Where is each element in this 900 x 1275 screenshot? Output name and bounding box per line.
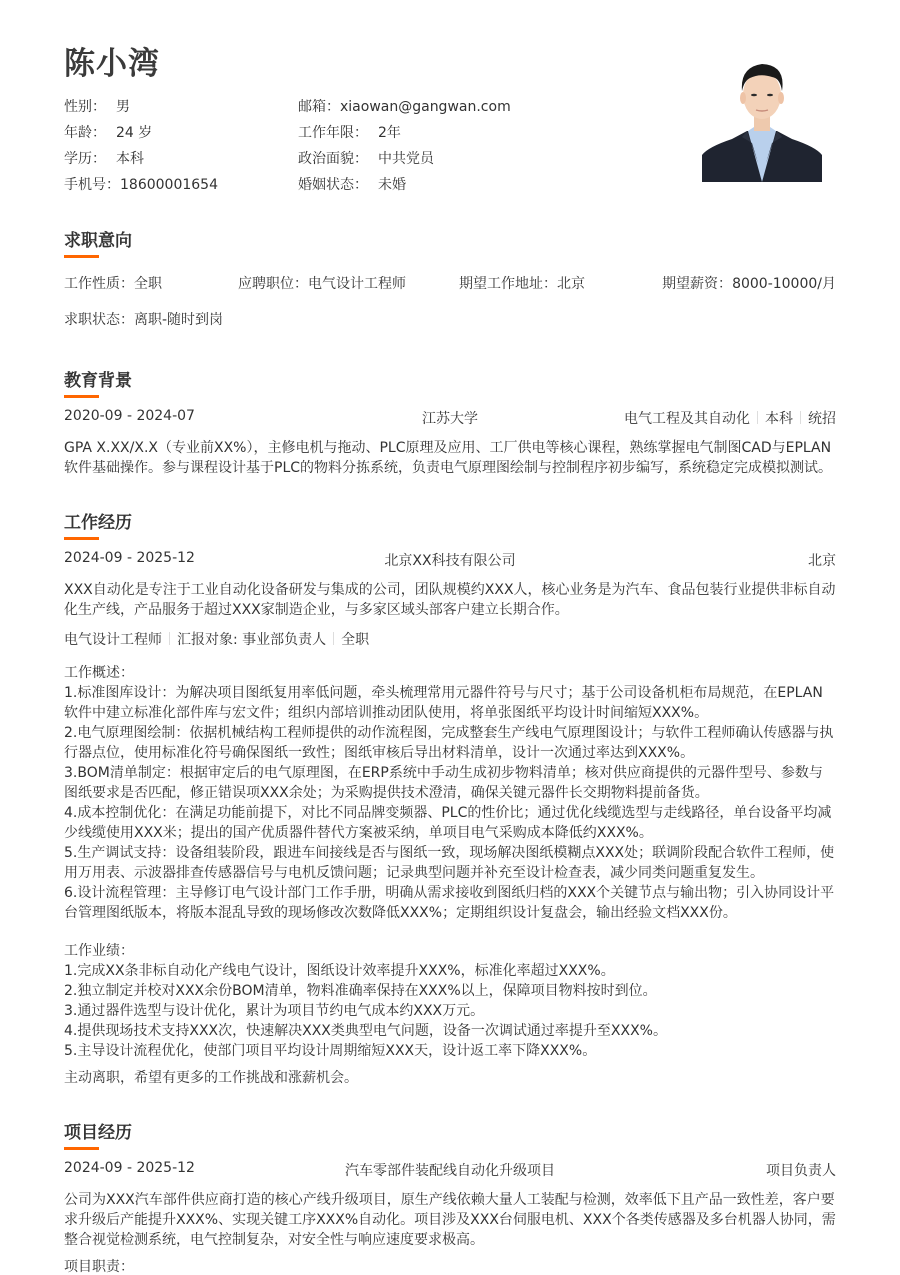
intent-label: 期望工作地址：	[459, 276, 557, 292]
section-underline	[64, 395, 99, 398]
achievement-item: 5.主导设计流程优化，使部门项目平均设计周期缩短XXX天，设计返工率下降XXX%…	[64, 1041, 836, 1061]
section-title-work: 工作经历	[64, 508, 132, 533]
info-value: 24 岁	[116, 125, 152, 141]
divider	[757, 411, 758, 424]
info-political: 政治面貌：中共党员	[298, 148, 434, 168]
intent-label: 应聘职位：	[238, 276, 308, 292]
project-role: 项目负责人	[766, 1160, 836, 1180]
info-age: 年龄：24 岁	[64, 122, 152, 142]
intent-salary: 期望薪资：8000-10000/月	[662, 273, 836, 293]
work-overview-label: 工作概述：	[64, 663, 836, 683]
overview-item: 5.生产调试支持：设备组装阶段，跟进车间接线是否与图纸一致，现场解决图纸模糊点X…	[64, 843, 836, 883]
profile-photo	[702, 51, 822, 182]
info-value: xiaowan@gangwan.com	[340, 99, 511, 115]
intent-value: 电气设计工程师	[308, 276, 406, 292]
section-underline	[64, 537, 99, 540]
divider	[169, 632, 170, 645]
work-achievements: 工作业绩： 1.完成XX条非标自动化产线电气设计，图纸设计效率提升XXX%，标准…	[64, 941, 836, 1061]
info-label: 性别：	[64, 99, 106, 115]
info-gender: 性别：男	[64, 96, 130, 116]
section-title-project: 项目经历	[64, 1118, 132, 1143]
project-name: 汽车零部件装配线自动化升级项目	[64, 1160, 836, 1180]
achievement-item: 2.独立制定并校对XXX余份BOM清单，物料准确率保持在XXX%以上，保障项目物…	[64, 981, 836, 1001]
work-leave-reason: 主动离职，希望有更多的工作挑战和涨薪机会。	[64, 1068, 836, 1088]
achievement-item: 3.通过器件选型与设计优化，累计为项目节约电气成本约XXX万元。	[64, 1001, 836, 1021]
info-label: 政治面貌：	[298, 151, 368, 167]
info-value: 18600001654	[120, 177, 218, 193]
project-header-row: 2024-09 - 2025-12 汽车零部件装配线自动化升级项目 项目负责人	[64, 1160, 836, 1180]
info-education: 学历：本科	[64, 148, 144, 168]
overview-item: 2.电气原理图绘制：依据机械结构工程师提供的动作流程图，完成整套生产线电气原理图…	[64, 723, 836, 763]
info-label: 婚姻状态：	[298, 177, 368, 193]
education-description: GPA X.XX/X.X（专业前XX%），主修电机与拖动、PLC原理及应用、工厂…	[64, 438, 836, 478]
work-location: 北京	[808, 550, 836, 570]
work-position: 电气设计工程师	[64, 632, 162, 648]
overview-item: 6.设计流程管理：主导修订电气设计部门工作手册，明确从需求接收到图纸归档的XXX…	[64, 883, 836, 923]
candidate-name: 陈小湾	[64, 38, 160, 83]
education-degree: 本科	[765, 411, 793, 427]
intent-value: 8000-10000/月	[732, 276, 836, 292]
intent-label: 工作性质：	[64, 276, 134, 292]
divider	[333, 632, 334, 645]
info-value: 中共党员	[378, 151, 434, 167]
intent-work-type: 工作性质：全职	[64, 273, 162, 293]
info-phone: 手机号：18600001654	[64, 174, 218, 194]
project-duties-label: 项目职责：	[64, 1257, 836, 1275]
info-label: 年龄：	[64, 125, 106, 141]
info-value: 未婚	[378, 177, 406, 193]
intent-location: 期望工作地址：北京	[459, 273, 585, 293]
work-header-row: 2024-09 - 2025-12 北京XX科技有限公司 北京	[64, 550, 836, 570]
info-label: 学历：	[64, 151, 106, 167]
intent-value: 离职-随时到岗	[134, 312, 223, 328]
intent-value: 北京	[557, 276, 585, 292]
overview-item: 3.BOM清单制定：根据审定后的电气原理图，在ERP系统中手动生成初步物料清单；…	[64, 763, 836, 803]
info-value: 2年	[378, 125, 401, 141]
work-company: 北京XX科技有限公司	[64, 550, 836, 570]
section-underline	[64, 1147, 99, 1150]
education-meta: 电气工程及其自动化本科统招	[624, 408, 836, 428]
education-major: 电气工程及其自动化	[624, 411, 750, 427]
overview-item: 1.标准图库设计：为解决项目图纸复用率低问题，牵头梳理常用元器件符号与尺寸；基于…	[64, 683, 836, 723]
work-employment-type: 全职	[341, 632, 369, 648]
intent-value: 全职	[134, 276, 162, 292]
work-role-row: 电气设计工程师汇报对象: 事业部负责人全职	[64, 629, 836, 649]
info-value: 本科	[116, 151, 144, 167]
education-header-row: 2020-09 - 2024-07 江苏大学 电气工程及其自动化本科统招	[64, 408, 836, 428]
work-overview: 工作概述： 1.标准图库设计：为解决项目图纸复用率低问题，牵头梳理常用元器件符号…	[64, 663, 836, 923]
info-work-years: 工作年限：2年	[298, 122, 401, 142]
intent-position: 应聘职位：电气设计工程师	[238, 273, 406, 293]
info-marital: 婚姻状态：未婚	[298, 174, 406, 194]
section-underline	[64, 255, 99, 258]
info-value: 男	[116, 99, 130, 115]
section-title-education: 教育背景	[64, 366, 132, 391]
info-label: 手机号：	[64, 177, 120, 193]
intent-status: 求职状态：离职-随时到岗	[64, 309, 223, 329]
divider	[800, 411, 801, 424]
intent-label: 期望薪资：	[662, 276, 732, 292]
achievement-item: 4.提供现场技术支持XXX次，快速解决XXX类典型电气问题，设备一次调试通过率提…	[64, 1021, 836, 1041]
overview-item: 4.成本控制优化：在满足功能前提下，对比不同品牌变频器、PLC的性价比；通过优化…	[64, 803, 836, 843]
info-email: 邮箱：xiaowan@gangwan.com	[298, 96, 511, 116]
intent-label: 求职状态：	[64, 312, 134, 328]
work-achievements-label: 工作业绩：	[64, 941, 836, 961]
work-report-to: 汇报对象: 事业部负责人	[177, 632, 326, 648]
person-portrait-icon	[702, 51, 822, 182]
info-label: 工作年限：	[298, 125, 368, 141]
work-company-description: XXX自动化是专注于工业自动化设备研发与集成的公司，团队规模约XXX人，核心业务…	[64, 580, 836, 620]
education-type: 统招	[808, 411, 836, 427]
info-label: 邮箱：	[298, 99, 340, 115]
achievement-item: 1.完成XX条非标自动化产线电气设计，图纸设计效率提升XXX%，标准化率超过XX…	[64, 961, 836, 981]
project-description: 公司为XXX汽车部件供应商打造的核心产线升级项目，原生产线依赖大量人工装配与检测…	[64, 1190, 836, 1250]
section-title-job-intent: 求职意向	[64, 226, 132, 251]
